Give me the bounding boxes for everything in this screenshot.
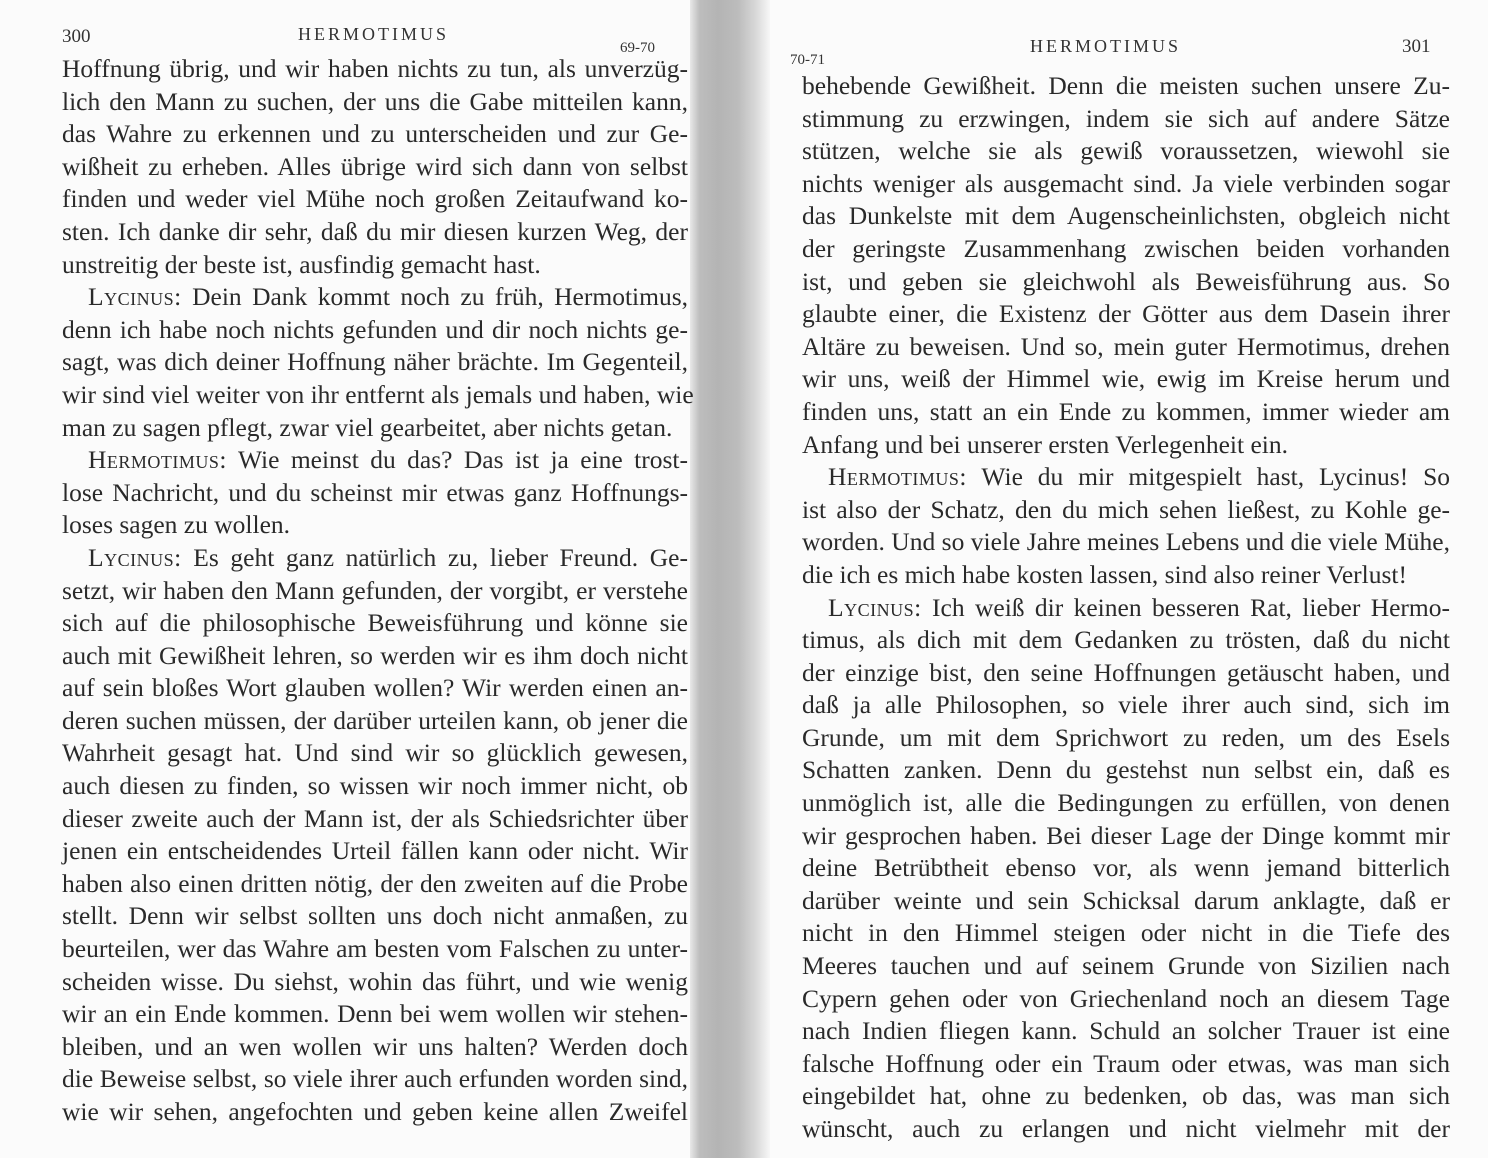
text-line: wünscht, auch zu erlangen und nicht viel…	[802, 1113, 1450, 1146]
text-line: wie wir sehen, angefochten und geben kei…	[62, 1096, 688, 1129]
text-line: wißheit zu erheben. Alles übrige wird si…	[62, 151, 688, 184]
text-line: deren suchen müssen, der darüber urteile…	[62, 705, 688, 738]
text-line: die Beweise selbst, so viele ihrer auch …	[62, 1063, 688, 1096]
line-text: stützen, welche sie als gewiß voraussetz…	[802, 136, 1450, 165]
text-line: worden. Und so viele Jahre meines Lebens…	[802, 526, 1450, 559]
text-line: auf sein bloßes Wort glauben wollen? Wir…	[62, 672, 688, 705]
text-line: wir uns, weiß der Himmel wie, ewig im Kr…	[802, 363, 1450, 396]
line-text: man zu sagen pflegt, zwar viel gearbeite…	[62, 413, 672, 442]
text-line: scheiden wisse. Du siehst, wohin das füh…	[62, 966, 688, 999]
text-line: ist, und geben sie gleichwohl als Beweis…	[802, 266, 1450, 299]
text-line: setzt, wir haben den Mann gefunden, der …	[62, 575, 688, 608]
line-text: unstreitig der beste ist, ausfindig gema…	[62, 250, 541, 279]
section-reference: 70-71	[790, 52, 825, 69]
line-text: setzt, wir haben den Mann gefunden, der …	[62, 576, 688, 605]
line-text: Schatten zanken. Denn du gestehst nun se…	[802, 755, 1450, 784]
text-line: das Wahre zu erkennen und zu unterscheid…	[62, 118, 688, 151]
line-text: Wahrheit gesagt hat. Und sind wir so glü…	[62, 738, 688, 767]
speaker-name: Lycinus:	[828, 593, 922, 622]
text-line: daß ja alle Philosophen, so viele ihrer …	[802, 689, 1450, 722]
text-line: man zu sagen pflegt, zwar viel gearbeite…	[62, 412, 688, 445]
right-page: 70-71 HERMOTIMUS 301 behebende Gewißheit…	[760, 0, 1488, 1158]
line-text: Grunde, um mit dem Sprichwort zu reden, …	[802, 723, 1450, 752]
line-text: die ich es mich habe kosten lassen, sind…	[802, 560, 1407, 589]
line-text: stimmung zu erzwingen, indem sie sich au…	[802, 104, 1450, 133]
line-text: Anfang und bei unserer ersten Verlegenhe…	[802, 430, 1288, 459]
line-text: denn ich habe noch nichts gefunden und d…	[62, 315, 688, 344]
text-line: Wahrheit gesagt hat. Und sind wir so glü…	[62, 737, 688, 770]
line-text: Cypern gehen oder von Griechenland noch …	[802, 984, 1450, 1013]
text-line: Altäre zu beweisen. Und so, mein guter H…	[802, 331, 1450, 364]
page-number: 300	[62, 26, 91, 48]
line-text: Ich weiß dir keinen besseren Rat, lieber…	[922, 593, 1450, 622]
line-text: beurteilen, wer das Wahre am besten vom …	[62, 934, 688, 963]
line-text: sten. Ich danke dir sehr, daß du mir die…	[62, 217, 688, 246]
text-line: Meeres tauchen und auf seinem Grunde von…	[802, 950, 1450, 983]
text-line: auch diesen zu finden, so wissen wir noc…	[62, 770, 688, 803]
line-text: lich den Mann zu suchen, der uns die Gab…	[62, 87, 688, 116]
line-text: ist also der Schatz, den du mich sehen l…	[802, 495, 1450, 524]
running-title: HERMOTIMUS	[1030, 36, 1181, 57]
line-text: finden uns, statt an ein Ende zu kommen,…	[802, 397, 1450, 426]
text-line: jenen ein entscheidendes Urteil fällen k…	[62, 835, 688, 868]
text-line: Hoffnung übrig, und wir haben nichts zu …	[62, 53, 688, 86]
text-line: Lycinus: Dein Dank kommt noch zu früh, H…	[62, 281, 688, 314]
text-line: finden uns, statt an ein Ende zu kommen,…	[802, 396, 1450, 429]
line-text: wir uns, weiß der Himmel wie, ewig im Kr…	[802, 364, 1450, 393]
line-text: timus, als dich mit dem Gedanken zu trös…	[802, 625, 1450, 654]
line-text: Hoffnung übrig, und wir haben nichts zu …	[62, 54, 688, 83]
text-line: haben also einen dritten nötig, der den …	[62, 868, 688, 901]
line-text: finden und weder viel Mühe noch großen Z…	[62, 184, 688, 213]
right-page-text: behebende Gewißheit. Denn die meisten su…	[802, 70, 1450, 1146]
text-line: Anfang und bei unserer ersten Verlegenhe…	[802, 429, 1450, 462]
line-text: sich auf die philosophische Beweisführun…	[62, 608, 688, 637]
line-text: Wie du mir mitgespielt hast, Lycinus! So	[967, 462, 1450, 491]
text-line: wir an ein Ende kommen. Denn bei wem wol…	[62, 998, 688, 1031]
line-text: Meeres tauchen und auf seinem Grunde von…	[802, 951, 1450, 980]
line-text: haben also einen dritten nötig, der den …	[62, 869, 688, 898]
text-line: wir gesprochen haben. Bei dieser Lage de…	[802, 820, 1450, 853]
line-text: der geringste Zusammenhang zwischen beid…	[802, 234, 1450, 263]
line-text: deren suchen müssen, der darüber urteile…	[62, 706, 688, 735]
text-line: stellt. Denn wir selbst sollten uns doch…	[62, 900, 688, 933]
text-line: nicht in den Himmel steigen oder nicht i…	[802, 917, 1450, 950]
line-text: sagt, was dich deiner Hoffnung näher brä…	[62, 347, 688, 376]
line-text: das Wahre zu erkennen und zu unterscheid…	[62, 119, 688, 148]
line-text: wir gesprochen haben. Bei dieser Lage de…	[802, 821, 1450, 850]
text-line: sten. Ich danke dir sehr, daß du mir die…	[62, 216, 688, 249]
text-line: glaubte einer, die Existenz der Götter a…	[802, 298, 1450, 331]
line-text: stellt. Denn wir selbst sollten uns doch…	[62, 901, 688, 930]
text-line: nach Indien fliegen kann. Schuld an solc…	[802, 1015, 1450, 1048]
text-line: beurteilen, wer das Wahre am besten vom …	[62, 933, 688, 966]
text-line: unmöglich ist, alle die Bedingungen zu e…	[802, 787, 1450, 820]
text-line: die ich es mich habe kosten lassen, sind…	[802, 559, 1450, 592]
text-line: unstreitig der beste ist, ausfindig gema…	[62, 249, 688, 282]
line-text: unmöglich ist, alle die Bedingungen zu e…	[802, 788, 1450, 817]
text-line: lose Nachricht, und du scheinst mir etwa…	[62, 477, 688, 510]
line-text: nichts weniger als ausgemacht sind. Ja v…	[802, 169, 1450, 198]
text-line: Schatten zanken. Denn du gestehst nun se…	[802, 754, 1450, 787]
line-text: loses sagen zu wollen.	[62, 510, 290, 539]
text-line: falsche Hoffnung oder ein Traum oder etw…	[802, 1048, 1450, 1081]
text-line: Hermotimus: Wie du mir mitgespielt hast,…	[802, 461, 1450, 494]
line-text: nach Indien fliegen kann. Schuld an solc…	[802, 1016, 1450, 1045]
line-text: wünscht, auch zu erlangen und nicht viel…	[802, 1114, 1450, 1143]
text-line: sagt, was dich deiner Hoffnung näher brä…	[62, 346, 688, 379]
text-line: loses sagen zu wollen.	[62, 509, 688, 542]
text-line: finden und weder viel Mühe noch großen Z…	[62, 183, 688, 216]
line-text: lose Nachricht, und du scheinst mir etwa…	[62, 478, 688, 507]
line-text: scheiden wisse. Du siehst, wohin das füh…	[62, 967, 688, 996]
book-gutter	[690, 0, 770, 1158]
text-line: das Dunkelste mit dem Augenscheinlichste…	[802, 200, 1450, 233]
line-text: die Beweise selbst, so viele ihrer auch …	[62, 1064, 688, 1093]
line-text: Wie meinst du das? Das ist ja eine trost…	[227, 445, 688, 474]
speaker-name: Lycinus:	[88, 282, 182, 311]
page-number: 301	[1402, 36, 1431, 58]
left-page: 300 HERMOTIMUS 69-70 Hoffnung übrig, und…	[0, 0, 700, 1158]
text-line: Grunde, um mit dem Sprichwort zu reden, …	[802, 722, 1450, 755]
speaker-name: Hermotimus:	[88, 445, 227, 474]
left-page-text: Hoffnung übrig, und wir haben nichts zu …	[62, 53, 688, 1129]
text-line: ist also der Schatz, den du mich sehen l…	[802, 494, 1450, 527]
text-line: Hermotimus: Wie meinst du das? Das ist j…	[62, 444, 688, 477]
line-text: wie wir sehen, angefochten und geben kei…	[62, 1097, 688, 1126]
line-text: nicht in den Himmel steigen oder nicht i…	[802, 918, 1450, 947]
text-line: der geringste Zusammenhang zwischen beid…	[802, 233, 1450, 266]
line-text: auf sein bloßes Wort glauben wollen? Wir…	[62, 673, 688, 702]
line-text: daß ja alle Philosophen, so viele ihrer …	[802, 690, 1450, 719]
line-text: ist, und geben sie gleichwohl als Beweis…	[802, 267, 1450, 296]
line-text: deine Betrübtheit ebenso vor, als wenn j…	[802, 853, 1450, 882]
line-text: Dein Dank kommt noch zu früh, Hermotimus…	[182, 282, 688, 311]
text-line: darüber weinte und sein Schicksal darum …	[802, 885, 1450, 918]
line-text: behebende Gewißheit. Denn die meisten su…	[802, 71, 1450, 100]
line-text: Es geht ganz natürlich zu, lieber Freund…	[182, 543, 688, 572]
text-line: Lycinus: Es geht ganz natürlich zu, lieb…	[62, 542, 688, 575]
text-line: deine Betrübtheit ebenso vor, als wenn j…	[802, 852, 1450, 885]
line-text: bleiben, und an wen wollen wir uns halte…	[62, 1032, 688, 1061]
text-line: denn ich habe noch nichts gefunden und d…	[62, 314, 688, 347]
text-line: dieser zweite auch der Mann ist, der als…	[62, 803, 688, 836]
line-text: jenen ein entscheidendes Urteil fällen k…	[62, 836, 688, 865]
line-text: auch diesen zu finden, so wissen wir noc…	[62, 771, 688, 800]
text-line: wir sind viel weiter von ihr entfernt al…	[62, 379, 688, 412]
line-text: wißheit zu erheben. Alles übrige wird si…	[62, 152, 688, 181]
text-line: auch mit Gewißheit lehren, so werden wir…	[62, 640, 688, 673]
text-line: Lycinus: Ich weiß dir keinen besseren Ra…	[802, 592, 1450, 625]
line-text: worden. Und so viele Jahre meines Lebens…	[802, 527, 1450, 556]
running-title: HERMOTIMUS	[298, 24, 449, 45]
text-line: eingebildet hat, ohne zu bedenken, ob da…	[802, 1080, 1450, 1113]
line-text: falsche Hoffnung oder ein Traum oder etw…	[802, 1049, 1450, 1078]
line-text: der einzige bist, den seine Hoffnungen g…	[802, 658, 1450, 687]
text-line: stützen, welche sie als gewiß voraussetz…	[802, 135, 1450, 168]
line-text: das Dunkelste mit dem Augenscheinlichste…	[802, 201, 1450, 230]
line-text: wir sind viel weiter von ihr entfernt al…	[62, 380, 694, 409]
text-line: behebende Gewißheit. Denn die meisten su…	[802, 70, 1450, 103]
line-text: darüber weinte und sein Schicksal darum …	[802, 886, 1450, 915]
text-line: bleiben, und an wen wollen wir uns halte…	[62, 1031, 688, 1064]
text-line: nichts weniger als ausgemacht sind. Ja v…	[802, 168, 1450, 201]
text-line: stimmung zu erzwingen, indem sie sich au…	[802, 103, 1450, 136]
text-line: timus, als dich mit dem Gedanken zu trös…	[802, 624, 1450, 657]
line-text: Altäre zu beweisen. Und so, mein guter H…	[802, 332, 1450, 361]
text-line: sich auf die philosophische Beweisführun…	[62, 607, 688, 640]
line-text: eingebildet hat, ohne zu bedenken, ob da…	[802, 1081, 1450, 1110]
line-text: glaubte einer, die Existenz der Götter a…	[802, 299, 1450, 328]
speaker-name: Hermotimus:	[828, 462, 967, 491]
speaker-name: Lycinus:	[88, 543, 182, 572]
line-text: auch mit Gewißheit lehren, so werden wir…	[62, 641, 688, 670]
line-text: wir an ein Ende kommen. Denn bei wem wol…	[62, 999, 688, 1028]
text-line: der einzige bist, den seine Hoffnungen g…	[802, 657, 1450, 690]
line-text: dieser zweite auch der Mann ist, der als…	[62, 804, 688, 833]
text-line: Cypern gehen oder von Griechenland noch …	[802, 983, 1450, 1016]
text-line: lich den Mann zu suchen, der uns die Gab…	[62, 86, 688, 119]
